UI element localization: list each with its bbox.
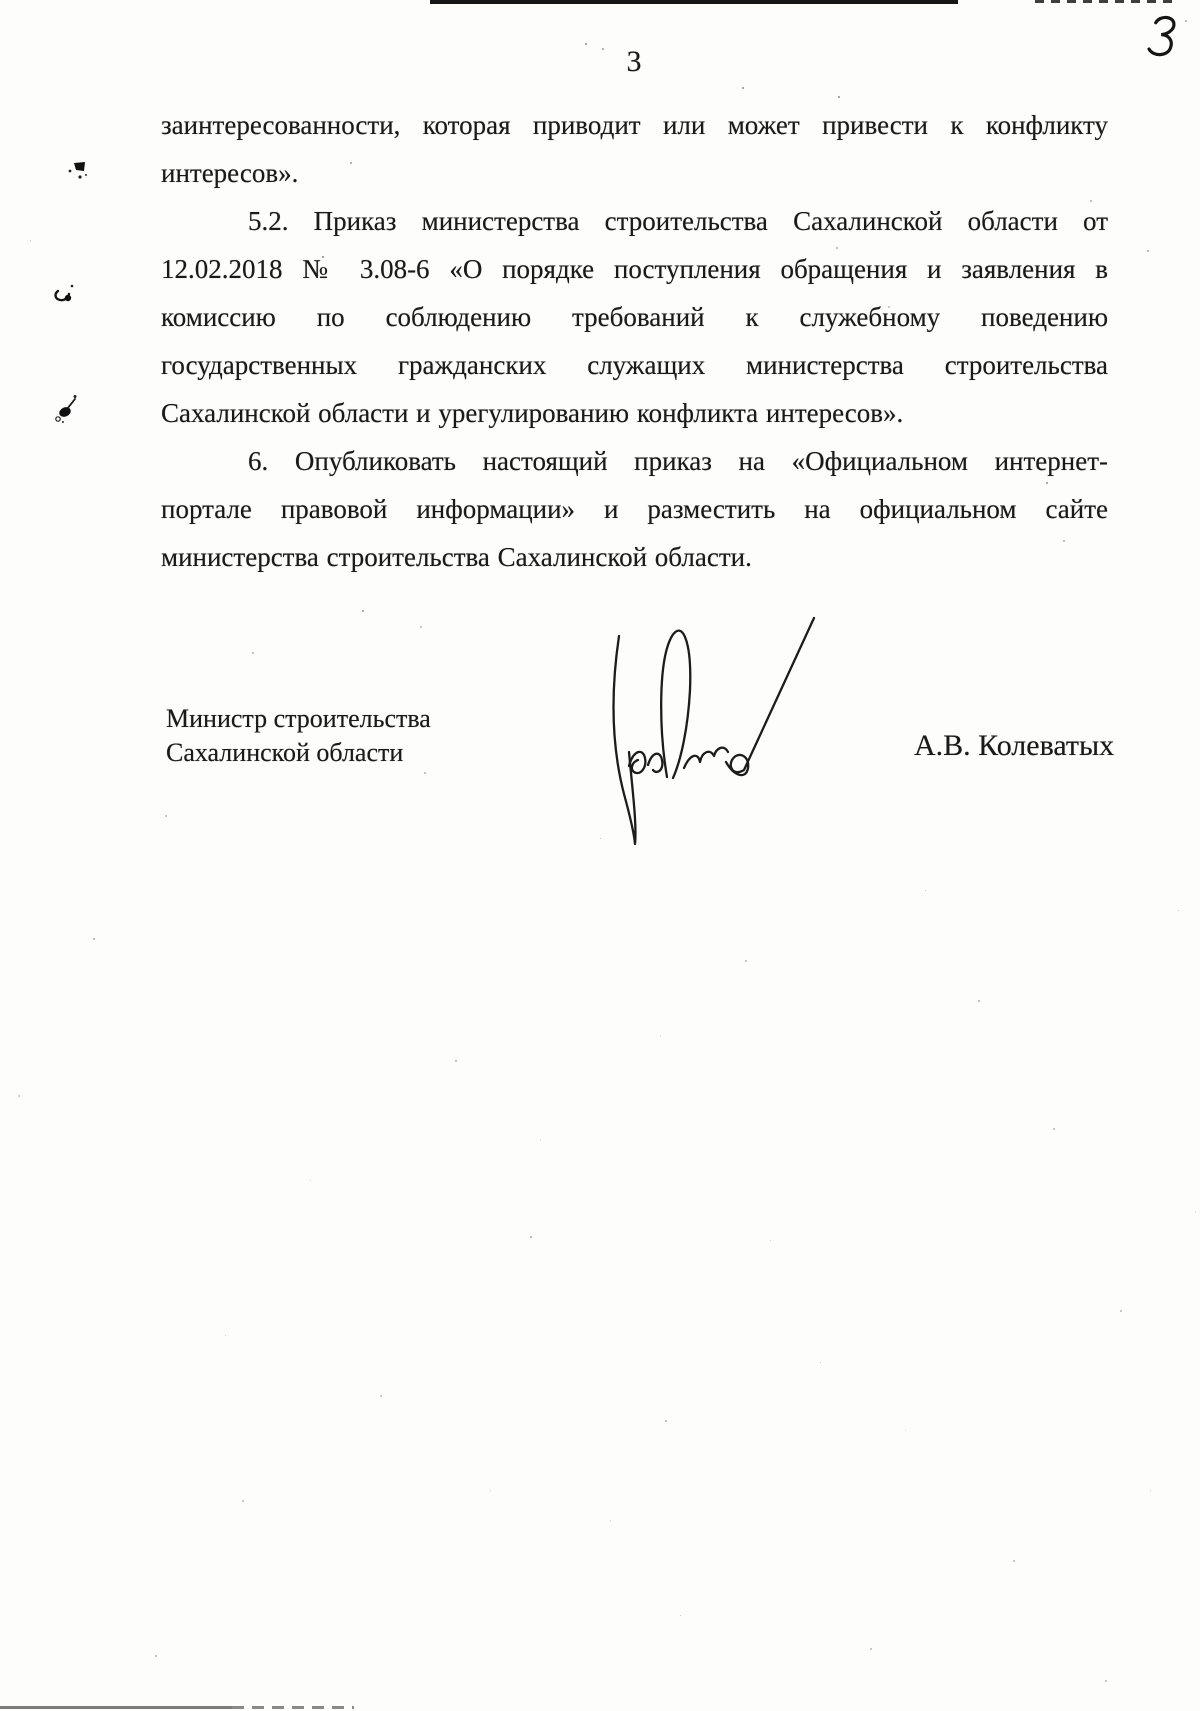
signatory-title: Министр строительства Сахалинской област… bbox=[166, 702, 431, 770]
page-number: 3 bbox=[161, 44, 1108, 80]
scan-speck bbox=[905, 1430, 906, 1431]
scan-speck bbox=[742, 87, 744, 89]
scan-speck bbox=[165, 815, 167, 817]
scan-speck bbox=[540, 1140, 541, 1141]
scan-speck bbox=[870, 1648, 872, 1650]
scan-speck bbox=[838, 96, 840, 98]
scan-speck bbox=[585, 43, 587, 45]
scan-speck bbox=[380, 1395, 382, 1397]
scan-edge-line-bottom-dashes bbox=[232, 1706, 354, 1709]
scan-speck bbox=[1178, 910, 1179, 911]
body-line: заинтересованности, которая приводит или… bbox=[161, 101, 1108, 149]
scan-speck bbox=[1120, 1310, 1122, 1312]
ink-blot bbox=[50, 278, 78, 306]
scan-edge-line-top-dashes bbox=[1035, 0, 1175, 3]
scan-speck bbox=[1053, 1128, 1055, 1130]
scan-speck bbox=[252, 652, 254, 654]
scan-speck bbox=[1000, 514, 1002, 516]
scan-speck bbox=[1046, 482, 1048, 484]
scan-speck bbox=[242, 1500, 244, 1502]
scan-speck bbox=[93, 938, 95, 940]
scan-speck bbox=[1090, 200, 1092, 202]
scan-speck bbox=[925, 890, 926, 891]
scan-edge-line-top bbox=[430, 0, 958, 4]
scan-edge-line-bottom bbox=[0, 1706, 232, 1709]
body-line: Сахалинской области и урегулированию кон… bbox=[161, 389, 1108, 437]
body-line: министерства строительства Сахалинской о… bbox=[161, 533, 1108, 581]
body-line: портале правовой информации» и разместит… bbox=[161, 485, 1108, 533]
scan-speck bbox=[836, 247, 838, 249]
scan-speck bbox=[310, 1180, 311, 1181]
scan-speck bbox=[1063, 540, 1065, 542]
scan-speck bbox=[1150, 1490, 1151, 1491]
scan-speck bbox=[225, 1335, 226, 1336]
scan-speck bbox=[30, 240, 31, 241]
handwritten-page-number bbox=[1144, 12, 1184, 60]
scan-speck bbox=[530, 1236, 532, 1238]
body-line: интересов». bbox=[161, 149, 1108, 197]
signatory-name: А.В. Колеватых bbox=[914, 727, 1114, 765]
scan-speck bbox=[665, 1420, 667, 1422]
scan-speck bbox=[322, 256, 324, 258]
scan-speck bbox=[680, 1615, 681, 1616]
scan-speck bbox=[770, 1240, 771, 1241]
scan-speck bbox=[490, 1490, 491, 1491]
scan-speck bbox=[820, 1362, 821, 1363]
document-body: заинтересованности, которая приводит или… bbox=[161, 101, 1108, 581]
scan-speck bbox=[600, 838, 601, 839]
ink-blot bbox=[50, 392, 80, 428]
body-line: комиссию по соблюдению требований к служ… bbox=[161, 293, 1108, 341]
scanned-document-page: 3 заинтересованности, которая приводит и… bbox=[0, 0, 1200, 1711]
scan-speck bbox=[610, 1520, 611, 1521]
scan-speck bbox=[1195, 1212, 1196, 1213]
scan-speck bbox=[424, 772, 426, 774]
scan-speck bbox=[1105, 1680, 1107, 1682]
signatory-title-line2: Сахалинской области bbox=[166, 736, 431, 770]
body-line: государственных гражданских служащих мин… bbox=[161, 341, 1108, 389]
scan-speck bbox=[18, 1095, 20, 1097]
scan-speck bbox=[978, 1000, 980, 1002]
scan-speck bbox=[362, 610, 364, 612]
scan-speck bbox=[1013, 1560, 1015, 1562]
scan-speck bbox=[420, 626, 422, 628]
scan-speck bbox=[660, 1035, 661, 1036]
scan-speck bbox=[1185, 20, 1187, 22]
body-line: 6. Опубликовать настоящий приказ на «Офи… bbox=[161, 437, 1108, 485]
scan-speck bbox=[888, 306, 890, 308]
scan-speck bbox=[602, 48, 604, 50]
ink-blot bbox=[64, 158, 92, 184]
body-line: 12.02.2018 № 3.08-6 «О порядке поступлен… bbox=[161, 245, 1108, 293]
signature-handwritten bbox=[585, 598, 845, 863]
scan-speck bbox=[745, 960, 747, 962]
signatory-title-line1: Министр строительства bbox=[166, 702, 431, 736]
scan-speck bbox=[1147, 250, 1149, 252]
body-line: 5.2. Приказ министерства строительства С… bbox=[161, 197, 1108, 245]
scan-speck bbox=[350, 162, 352, 164]
scan-speck bbox=[155, 1655, 157, 1657]
scan-speck bbox=[455, 1060, 457, 1062]
